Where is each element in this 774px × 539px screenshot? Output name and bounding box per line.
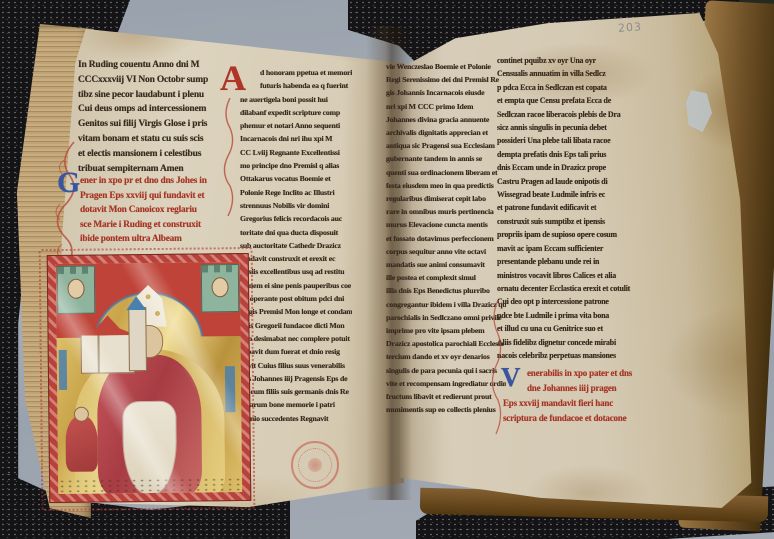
text-line: ginarum bone memorie i patri xyxy=(240,398,352,411)
text-line: tercium dando et xv oyr denarios xyxy=(386,350,506,363)
text-line: Eps xxviij mandavit fieri hanc xyxy=(503,396,651,411)
text-line: nacois celebribz perpetuas mansiones xyxy=(497,349,647,362)
decorated-initial-G: G xyxy=(57,168,80,198)
text-line: continet pquibz xv oyr Una oyr xyxy=(497,54,647,67)
initial-A-flourish-tail xyxy=(222,98,236,216)
text-line: archivalis dignitatis apprecian et xyxy=(386,126,506,139)
text-line: propriis ipam de supioso opere cosum xyxy=(497,228,647,241)
text-line: possideri Una plebe tali libata racoe xyxy=(497,134,647,147)
text-line: murus Elevacione cuncta mentis xyxy=(386,218,506,231)
text-line: Aliis fidelibz dignetur concede mirabi xyxy=(497,336,647,349)
text-line: ibide pontem ultra Albeam xyxy=(80,232,238,247)
text-line: Cui deo opt p intercessione patrone xyxy=(497,295,647,308)
text-line: monio succedentes Regnavit xyxy=(240,412,352,425)
text-line: Polonie Rege Inclito ac Illustri xyxy=(240,186,352,199)
text-line: quenti sua ordinacionem liberam et xyxy=(386,166,506,179)
text-line: vitam bonam et statu cu suis scis xyxy=(78,132,234,147)
text-line: p pdca Ecca in Sedlczan est copata xyxy=(497,81,647,94)
text-line: ministros vocavit libros Calices et alia xyxy=(497,269,647,282)
text-line: antiqua sic Pragensi sua Ecclesiam xyxy=(386,139,506,152)
text-line: mandatis sue animi consumavit xyxy=(386,258,506,271)
text-line: ne auertigela boni possit hui xyxy=(240,93,352,106)
text-line: dotavit Mon Canoicox reglariu xyxy=(80,203,238,218)
text-line: phemur et notari Anno sequenti xyxy=(240,119,352,132)
text-line: navit Cuius filius suus venerabilis xyxy=(240,359,352,372)
text-line: dnis Gregorii fundacoe dicti Mon xyxy=(240,319,352,332)
text-line: et electis mansionem i celestibus xyxy=(78,147,234,162)
text-line: CCCxxxviij VI Non Octobr sump xyxy=(78,73,234,88)
text-line: Regis Premisl Mon longe et condam xyxy=(240,305,352,318)
text-line: gubernante tandem in annis se xyxy=(386,152,506,165)
text-line: Drazicz apostolica parochiali Ecclesia xyxy=(386,337,506,350)
text-line: CC Lviij Regnante Excellentissi xyxy=(240,146,352,159)
text-line: dnis Eccam unde in Drazicz prope xyxy=(497,161,647,174)
text-line: ornatu decenter Ecclastica erexit et cot… xyxy=(497,282,647,295)
text-line: imprime pro vite ipsam plebem xyxy=(386,324,506,337)
text-line: munimentis sup eo collectis plenius xyxy=(386,403,506,416)
right-col2-rubric-text: enerabilis in xpo pater et dnsdne Johann… xyxy=(503,366,651,428)
text-line: tibz sine pecor laudabunt i plenu xyxy=(78,88,234,103)
text-line: fructum libavit et redierunt prout xyxy=(386,390,506,403)
text-line: vite et recompensam ingrediatur ordina xyxy=(386,377,506,390)
text-line: gis Johannis Incarnacois eiusde xyxy=(386,86,506,99)
text-line: Johannes divina gracia annuente xyxy=(386,113,506,126)
text-line: corpus sequitur anno vite octavi xyxy=(386,245,506,258)
text-line: dilabanf expedit scripture comp xyxy=(240,106,352,119)
text-line: sic operante post obitum pdci dni xyxy=(240,292,352,305)
text-line: choavit dum fuerat et dnio resig xyxy=(240,345,352,358)
text-line: nri xpi M CCC primo Idem xyxy=(386,100,506,113)
text-line: dempta prefatis dnis Eps tali prius xyxy=(497,148,647,161)
text-line: sicz annis singulis in pecunia debet xyxy=(497,121,647,134)
left-col2-black-text: d honoram ppetua et memoriafuturis haben… xyxy=(240,66,352,428)
manuscript-photo: In Ruding couentu Anno dni MCCCxxxviij V… xyxy=(0,0,774,539)
text-line: rare in omnibus muris pertinencia xyxy=(386,205,506,218)
text-line: dns Johannes iiij Pragensis Eps de xyxy=(240,372,352,385)
text-line: regularibus dimiserat cepit labo xyxy=(386,192,506,205)
text-line: mavit ac ipam Eccam sufficienter xyxy=(497,242,647,255)
right-col2-black-text: continet pquibz xv oyr Una oyrCensualis … xyxy=(497,54,647,364)
text-line: et illud cu una cu Genitrice suo et xyxy=(497,322,647,335)
text-line: dne Johannes iiij pragen xyxy=(527,381,651,396)
text-line: sub auctoritate Cathedr Drazicz xyxy=(240,239,352,252)
left-col1-black-text: In Ruding couentu Anno dni MCCCxxxviij V… xyxy=(78,58,234,179)
round-library-stamp xyxy=(291,441,339,489)
text-line: ener in xpo pr et dno dns Johes in xyxy=(80,174,238,189)
text-line: Castru Pragen ad laude onipotis di xyxy=(497,175,647,188)
text-line: Sedlczan racoe liberacois plebis de Dra xyxy=(497,108,647,121)
text-line: Regi Serenissimo dei dni Premisl Re xyxy=(386,73,506,86)
text-line: singulis de para pecunia qui i sacris xyxy=(386,364,506,377)
text-line: toritate dni qua ducta disposuit xyxy=(240,226,352,239)
text-line: Genitos sui filij Virgis Glose i pris xyxy=(78,117,234,132)
text-line: Wissegrad beate Ludmile infris ec xyxy=(497,188,647,201)
text-line: et empta que Censu prefata Ecca de xyxy=(497,94,647,107)
initial-V-flourish xyxy=(490,300,504,440)
text-line: parochialis in Sedlczano omni privile xyxy=(386,311,506,324)
text-line: et patrone fundavit edificavit et xyxy=(497,201,647,214)
text-line: sce Marie i Ruding et construxit xyxy=(80,218,238,233)
text-line: mo principe dno Premisl q alias xyxy=(240,159,352,172)
text-line: et fossato dotavimus perfeccionem xyxy=(386,232,506,245)
text-line: clesiis excellentibus usq ad restitu xyxy=(240,265,352,278)
text-line: strennuus Nobilis vir domini xyxy=(240,199,352,212)
text-line: enerabilis in xpo pater et dns xyxy=(527,366,651,381)
right-col1-black-text: vie Wenczeslao Boemie et PolonieRegi Ser… xyxy=(386,60,506,418)
text-line: vir cum filiis suis germanis dnis Re xyxy=(240,385,352,398)
text-line: Censualis annuatim in villa Sedlcz xyxy=(497,67,647,80)
text-line: Cui deus omps ad intercessionem xyxy=(78,102,234,117)
text-line: fundavit construxit et erexit ec xyxy=(240,252,352,265)
text-line: festa eiusdem meo in qua predictis xyxy=(386,179,506,192)
text-line: d honoram ppetua et memoria xyxy=(260,66,352,79)
text-line: Ottakarus vocatus Boemie et xyxy=(240,172,352,185)
text-line: ille postea et complexit simul xyxy=(386,271,506,284)
text-line: futuris habenda ea q fuerint xyxy=(260,79,352,92)
text-line: pdce bte Ludmile i prima vita bona xyxy=(497,309,647,322)
text-line: congregantur ibidem i villa Drazicz que xyxy=(386,298,506,311)
miniature-gold-field xyxy=(56,262,242,494)
gold-leaf-shine xyxy=(56,262,242,494)
text-line: scriptura de fundacoe et dotacone xyxy=(503,411,651,426)
text-line: Pragen Eps xxviij qui fundavit et xyxy=(80,189,238,204)
text-line: In Ruding couentu Anno dni M xyxy=(78,58,234,73)
text-line: cionem ei sine penis pauperibus coe xyxy=(240,279,352,292)
text-line: vie Wenczeslao Boemie et Polonie xyxy=(386,60,506,73)
text-line: construxit suis sumptibz et ipensis xyxy=(497,215,647,228)
left-col1-rubric-text: ener in xpo pr et dno dns Johes inPragen… xyxy=(80,174,238,249)
text-line: Incarnacois dni nri ihu xpi M xyxy=(240,132,352,145)
pencil-folio-number: 203 xyxy=(618,20,643,35)
text-line: Gregorius felicis recordacois auc xyxy=(240,212,352,225)
text-line: non desimabat nec complere potuit xyxy=(240,332,352,345)
bishop-miniature xyxy=(47,253,252,503)
text-line: illis dnis Eps Benedictus plurribo xyxy=(386,284,506,297)
text-line: presentande plebanu unde rei in xyxy=(497,255,647,268)
